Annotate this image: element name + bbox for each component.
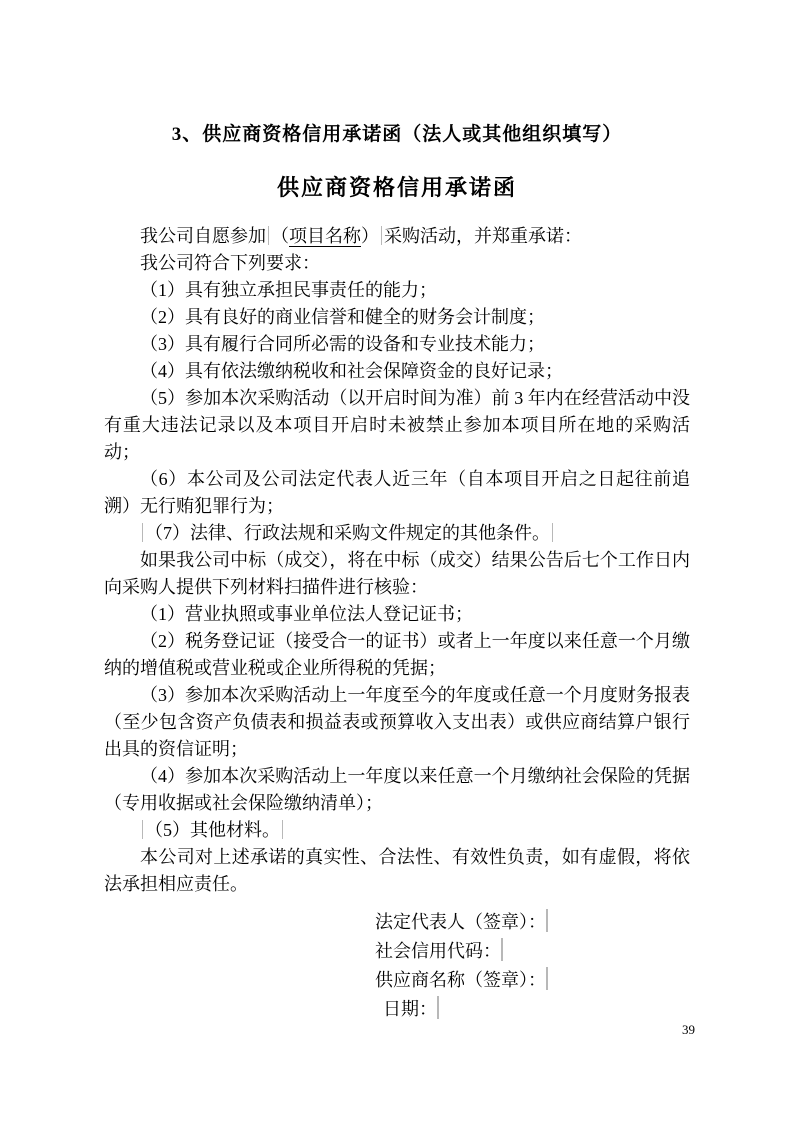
- section-title: 3、供应商资格信用承诺函（法人或其他组织填写）: [0, 0, 794, 146]
- form-field-marker: [282, 820, 283, 839]
- page-number: 39: [682, 1022, 695, 1038]
- form-field-marker: [268, 226, 269, 245]
- form-field-marker: [142, 523, 143, 542]
- signature-row-supplier-name: 供应商名称（签章）：: [375, 966, 794, 995]
- date-label: 日期：: [383, 999, 437, 1019]
- document-title: 供应商资格信用承诺函: [0, 171, 794, 202]
- document-page: 3、供应商资格信用承诺函（法人或其他组织填写） 供应商资格信用承诺函 我公司自愿…: [0, 0, 794, 1122]
- supplier-name-label: 供应商名称（签章）：: [375, 970, 546, 990]
- requirement-item-7: （7）法律、行政法规和采购文件规定的其他条件。: [104, 520, 690, 547]
- form-field-marker: [502, 938, 503, 961]
- requirement-item-1: （1）具有独立承担民事责任的能力；: [104, 277, 690, 304]
- document-body: 我公司自愿参加（项目名称）采购活动，并郑重承诺： 我公司符合下列要求： （1）具…: [104, 223, 690, 898]
- requirement-item-6: （6）本公司及公司法定代表人近三年（自本项目开启之日起往前追溯）无行贿犯罪行为；: [104, 466, 690, 520]
- form-field-marker: [438, 996, 439, 1019]
- intro-suffix: 采购活动，并郑重承诺：: [384, 226, 582, 246]
- intro-open-paren: （: [271, 226, 289, 246]
- project-name-blank: 项目名称: [289, 226, 361, 246]
- verification-item-5: （5）其他材料。: [104, 817, 690, 844]
- credit-code-label: 社会信用代码：: [375, 941, 501, 961]
- verification-item-4: （4）参加本次采购活动上一年度以来任意一个月缴纳社会保险的凭据（专用收据或社会保…: [104, 763, 690, 817]
- intro-paragraph: 我公司自愿参加（项目名称）采购活动，并郑重承诺：: [104, 223, 690, 250]
- signature-block: 法定代表人（签章）： 社会信用代码： 供应商名称（签章）： 日期：: [375, 908, 794, 1024]
- signature-row-legal-rep: 法定代表人（签章）：: [375, 908, 794, 937]
- intro-prefix: 我公司自愿参加: [140, 226, 266, 246]
- closing-paragraph: 本公司对上述承诺的真实性、合法性、有效性负责，如有虚假，将依法承担相应责任。: [104, 844, 690, 898]
- requirement-item-2: （2）具有良好的商业信誉和健全的财务会计制度；: [104, 304, 690, 331]
- form-field-marker: [381, 226, 382, 245]
- verification-item-5-text: （5）其他材料。: [145, 820, 280, 840]
- requirement-item-7-text: （7）法律、行政法规和采购文件规定的其他条件。: [145, 523, 550, 543]
- form-field-marker: [552, 523, 553, 542]
- requirements-lead: 我公司符合下列要求：: [104, 250, 690, 277]
- form-field-marker: [547, 909, 548, 932]
- signature-row-credit-code: 社会信用代码：: [375, 937, 794, 966]
- requirement-item-4: （4）具有依法缴纳税收和社会保障资金的良好记录；: [104, 358, 690, 385]
- verification-item-3: （3）参加本次采购活动上一年度至今的年度或任意一个月度财务报表（至少包含资产负债…: [104, 682, 690, 763]
- verification-item-1: （1）营业执照或事业单位法人登记证书；: [104, 601, 690, 628]
- form-field-marker: [142, 820, 143, 839]
- requirement-item-3: （3）具有履行合同所必需的设备和专业技术能力；: [104, 331, 690, 358]
- signature-row-date: 日期：: [375, 995, 794, 1024]
- form-field-marker: [547, 967, 548, 990]
- intro-close-paren: ）: [361, 226, 379, 246]
- verification-lead: 如果我公司中标（成交），将在中标（成交）结果公告后七个工作日内向采购人提供下列材…: [104, 547, 690, 601]
- verification-item-2: （2）税务登记证（接受合一的证书）或者上一年度以来任意一个月缴纳的增值税或营业税…: [104, 628, 690, 682]
- legal-rep-label: 法定代表人（签章）：: [375, 912, 546, 932]
- requirement-item-5: （5）参加本次采购活动（以开启时间为准）前 3 年内在经营活动中没有重大违法记录…: [104, 385, 690, 466]
